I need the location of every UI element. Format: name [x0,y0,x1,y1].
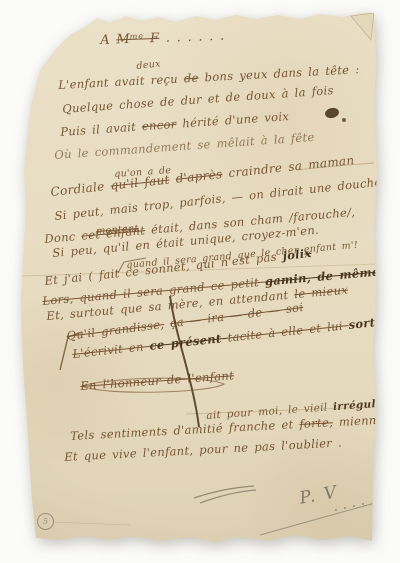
text-fragment: encor [141,117,176,133]
signature-dot [344,507,346,509]
signature-dot [362,503,364,505]
text-fragment: x [304,246,313,261]
manuscript-line: deux [136,59,161,71]
ink-blot [324,107,340,120]
text-fragment: deux [136,58,161,71]
text-fragment: , [392,397,396,409]
manuscript-line: A Mᵐᵉ F . . . . . . [100,30,225,47]
signature: P. V [298,482,340,508]
text-fragment: d'après [175,167,223,186]
manuscript-line: Et que vive l'enfant, pour ne pas l'oubl… [64,437,342,463]
text-fragment: L'enfant avait reçu [58,71,184,92]
text-fragment: En l'honneur de l'enfant [80,368,235,393]
text-fragment: Puis il avait [60,119,143,139]
pencil-flourish-2 [200,490,256,503]
signature-dot [353,505,355,507]
text-fragment: forte, [299,415,333,431]
text-fragment: . . . . . . [159,29,225,46]
paper-shadow-wrapper: A Mᵐᵉ F . . . . . .deuxL'enfant avait re… [0,0,400,563]
text-fragment: bons yeux dans la tête : [198,62,360,84]
text-fragment: L'écrivit en [72,339,150,361]
text-fragment: le mieux [294,283,349,302]
text-fragment: craindre sa maman [222,153,355,181]
manuscript-line: En l'honneur de l'enfant [80,370,234,392]
signature-dot [335,509,337,511]
text-fragment: ce présent [149,331,229,353]
text-fragment: irrégulier [333,397,394,413]
manuscript-paper: A Mᵐᵉ F . . . . . .deuxL'enfant avait re… [0,0,400,563]
crease-line-bottom-left [52,522,130,525]
text-fragment: A [100,32,117,48]
text-fragment: tacite à elle et lui [227,318,349,345]
text-fragment: joli [282,247,305,263]
text-fragment: de [184,71,199,86]
text-fragment: hérité d'une voix [176,109,290,131]
ink-blot-small [342,118,346,122]
text-fragment: sort [348,315,376,332]
photo-of-manuscript: A Mᵐᵉ F . . . . . .deuxL'enfant avait re… [0,0,400,563]
folded-corner [351,13,374,40]
collector-stamp: 5 [37,513,54,530]
text-fragment: Mᵐᵉ F [116,31,159,47]
text-fragment: Cordiale [50,179,111,199]
text-fragment: mienne .! [333,412,399,429]
pencil-flourish-1 [194,486,254,498]
signature-underline [260,501,382,535]
